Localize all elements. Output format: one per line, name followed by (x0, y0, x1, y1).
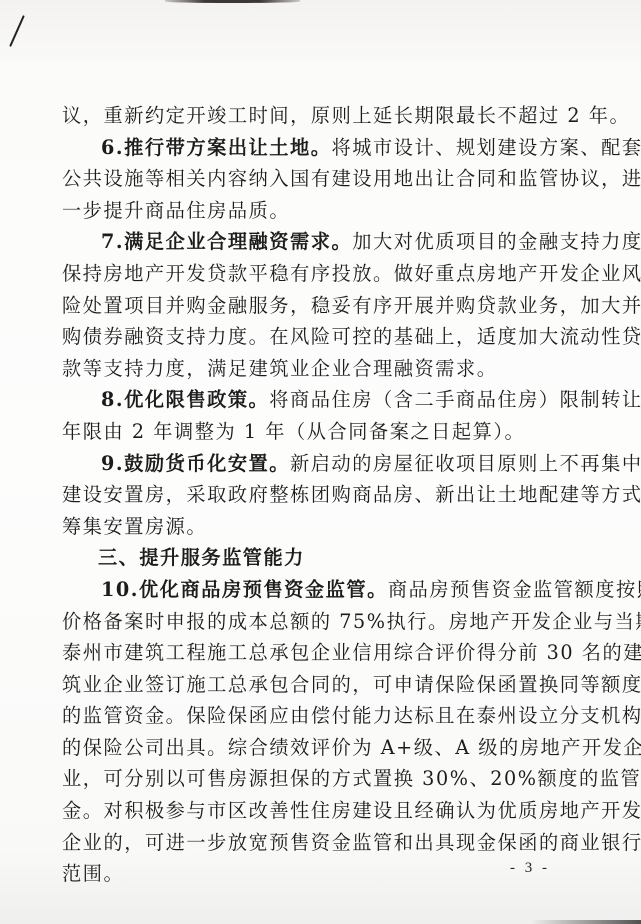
item-9-title: 9.鼓励货币化安置。 (101, 452, 290, 475)
item-10-line-6: 的保险公司出具。综合绩效评价为 A+级、A 级的房地产开发企 (62, 732, 550, 764)
item-7-line-1: 7.满足企业合理融资需求。加大对优质项目的金融支持力度， (62, 226, 550, 258)
item-10-line-1: 10.优化商品房预售资金监管。商品房预售资金监管额度按照 (62, 574, 550, 606)
item-6-line-1: 6.推行带方案出让土地。将城市设计、规划建设方案、配套 (62, 132, 550, 164)
item-10-line-9: 企业的，可进一步放宽预售资金监管和出具现金保函的商业银行 (62, 827, 550, 859)
item-10-line-8: 金。对积极参与市区改善性住房建设且经确认为优质房地产开发 (62, 795, 550, 827)
paragraph-5-continuation: 议，重新约定开竣工时间，原则上延长期限最长不超过 2 年。 (62, 100, 550, 132)
section-heading: 三、提升服务监管能力 (62, 542, 550, 574)
item-10-line-5: 的监管资金。保险保函应由偿付能力达标且在泰州设立分支机构 (62, 700, 550, 732)
page-edge-shadow (165, 0, 300, 3)
item-7-line-3: 险处置项目并购金融服务，稳妥有序开展并购贷款业务，加大并 (62, 290, 550, 322)
item-8-line-2: 年限由 2 年调整为 1 年（从合同备案之日起算）。 (62, 416, 550, 448)
item-10-title: 10.优化商品房预售资金监管。 (101, 578, 388, 601)
item-7-line-2: 保持房地产开发贷款平稳有序投放。做好重点房地产开发企业风 (62, 258, 550, 290)
item-6-title: 6.推行带方案出让土地。 (101, 136, 332, 159)
item-6-line-3: 一步提升商品住房品质。 (62, 195, 550, 227)
item-6-text: 将城市设计、规划建设方案、配套 (332, 136, 641, 159)
item-10-line-10: 范围。 (62, 858, 550, 890)
item-7-line-5: 款等支持力度，满足建筑业企业合理融资需求。 (62, 353, 550, 385)
item-8-title: 8.优化限售政策。 (101, 388, 269, 411)
item-10-line-3: 泰州市建筑工程施工总承包企业信用综合评价得分前 30 名的建 (62, 637, 550, 669)
item-9-line-3: 筹集安置房源。 (62, 511, 550, 543)
item-7-title: 7.满足企业合理融资需求。 (101, 230, 352, 253)
item-9-text: 新启动的房屋征收项目原则上不再集中 (290, 452, 641, 475)
item-10-line-2: 价格备案时申报的成本总额的 75%执行。房地产开发企业与当期 (62, 606, 550, 638)
item-10-text: 商品房预售资金监管额度按照 (388, 578, 641, 601)
item-10-line-7: 业，可分别以可售房源担保的方式置换 30%、20%额度的监管资 (62, 763, 550, 795)
item-8-text: 将商品住房（含二手商品住房）限制转让 (269, 388, 641, 411)
document-page: 议，重新约定开竣工时间，原则上延长期限最长不超过 2 年。 6.推行带方案出让土… (0, 0, 641, 924)
page-number: - 3 - (510, 860, 550, 877)
item-8-line-1: 8.优化限售政策。将商品住房（含二手商品住房）限制转让 (62, 384, 550, 416)
item-7-text: 加大对优质项目的金融支持力度， (352, 230, 641, 253)
item-9-line-1: 9.鼓励货币化安置。新启动的房屋征收项目原则上不再集中 (62, 448, 550, 480)
item-6-line-2: 公共设施等相关内容纳入国有建设用地出让合同和监管协议，进 (62, 163, 550, 195)
document-body: 议，重新约定开竣工时间，原则上延长期限最长不超过 2 年。 6.推行带方案出让土… (62, 100, 550, 890)
pen-mark (9, 15, 25, 47)
item-10-line-4: 筑业企业签订施工总承包合同的，可申请保险保函置换同等额度 (62, 669, 550, 701)
item-9-line-2: 建设安置房，采取政府整栋团购商品房、新出让土地配建等方式 (62, 479, 550, 511)
item-7-line-4: 购债券融资支持力度。在风险可控的基础上，适度加大流动性贷 (62, 321, 550, 353)
page-edge-shadow-bottom (531, 920, 641, 924)
